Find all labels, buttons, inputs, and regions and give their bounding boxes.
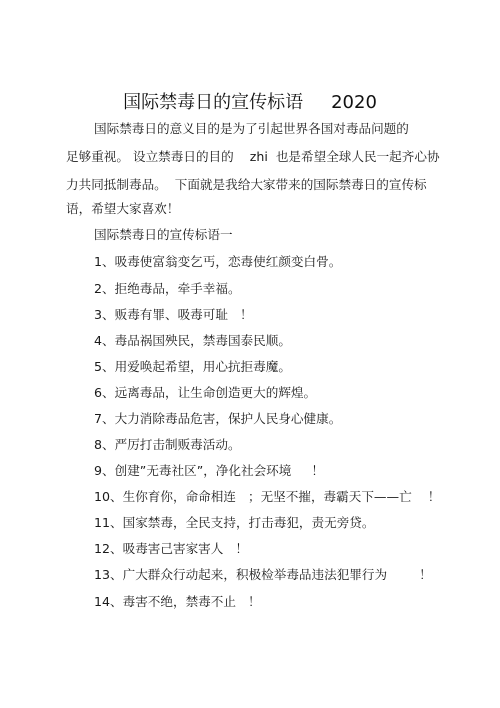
slogan-item: 7、大力消除毒品危害，保护人民身心健康。	[94, 410, 341, 428]
intro-line-3: 力共同抵制毒品。 下面就是我给大家带来的国际禁毒日的宣传标	[66, 176, 427, 194]
slogan-item: 11、国家禁毒，全民支持，打击毒犯，责无旁贷。	[94, 514, 375, 532]
slogan-item: 10、生你育你，命命相连 ；无坚不摧，毒霸天下——亡 ！	[94, 488, 440, 506]
slogan-item: 8、严厉打击制贩毒活动。	[94, 436, 241, 454]
intro-line-1: 国际禁毒日的意义目的是为了引起世界各国对毒品问题的	[94, 120, 409, 138]
slogan-item: 13、广大群众行动起来，积极检举毒品违法犯罪行为 ！	[94, 566, 432, 584]
slogan-item: 2、拒绝毒品，牵手幸福。	[94, 280, 241, 298]
slogan-item: 9、创建”无毒社区”，净化社会环境 ！	[94, 462, 324, 480]
section-subheading: 国际禁毒日的宣传标语一	[94, 226, 233, 244]
intro-line-4: 语，希望大家喜欢！	[66, 200, 179, 218]
slogan-item: 4、毒品祸国殃民，禁毒国泰民顺。	[94, 332, 291, 350]
title-text: 国际禁毒日的宣传标语	[123, 92, 303, 113]
slogan-item: 6、远离毒品，让生命创造更大的辉煌。	[94, 384, 316, 402]
slogan-item: 5、用爱唤起希望，用心抗拒毒魔。	[94, 358, 291, 376]
slogan-item: 14、毒害不绝，禁毒不止 ！	[94, 593, 261, 611]
slogan-item: 1、吸毒使富翁变乞丐，恋毒使红颜变白骨。	[94, 253, 341, 271]
slogan-item: 12、吸毒害己害家害人 ！	[94, 540, 248, 558]
intro-line-2: 足够重视。 设立禁毒日的目的 zhi 也是希望全球人民一起齐心协	[66, 148, 440, 166]
slogan-item: 3、贩毒有罪、吸毒可耻 ！	[94, 306, 253, 324]
document-title: 国际禁毒日的宣传标语2020	[0, 92, 500, 114]
title-year: 2020	[331, 92, 377, 113]
